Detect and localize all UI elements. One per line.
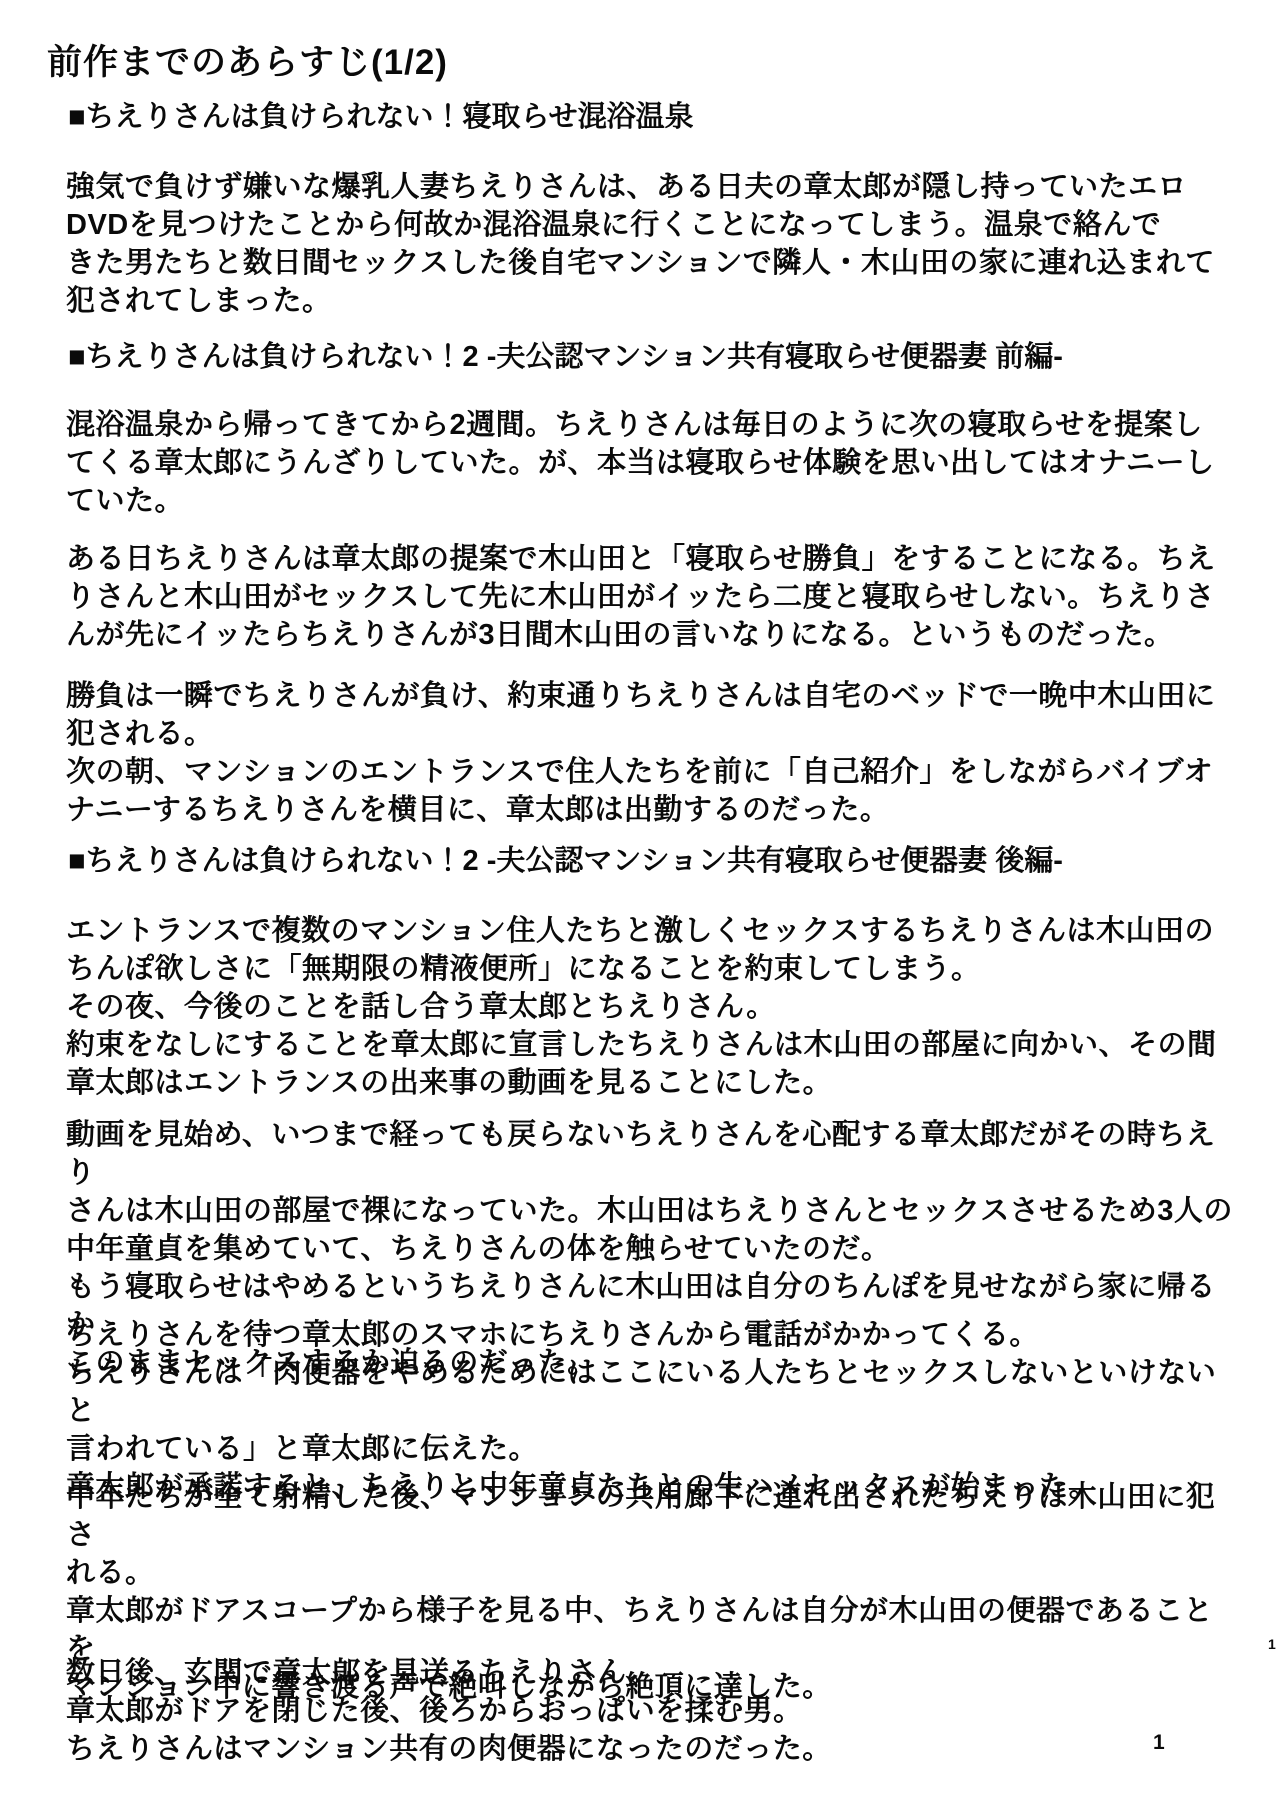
section-1-paragraph-1: 強気で負けず嫌いな爆乳人妻ちえりさんは、ある日夫の章太郎が隠し持っていたエロ D… [66, 168, 1240, 320]
section-3-paragraph-1: エントランスで複数のマンション住人たちと激しくセックスするちえりさんは木山田の … [66, 912, 1240, 1102]
page-number: 1 [1153, 1731, 1165, 1755]
section-2-heading: ■ちえりさんは負けられない！2 -夫公認マンション共有寝取らせ便器妻 前編- [68, 338, 1063, 376]
margin-page-mark: 1 [1268, 1636, 1276, 1652]
section-2-paragraph-2: ある日ちえりさんは章太郎の提案で木山田と「寝取らせ勝負」をすることになる。ちえ … [66, 540, 1240, 654]
section-3-heading: ■ちえりさんは負けられない！2 -夫公認マンション共有寝取らせ便器妻 後編- [68, 842, 1063, 880]
synopsis-page: 前作までのあらすじ(1/2) ■ちえりさんは負けられない！寝取らせ混浴温泉 強気… [0, 0, 1280, 1813]
section-2-paragraph-1: 混浴温泉から帰ってきてから2週間。ちえりさんは毎日のように次の寝取らせを提案し … [66, 406, 1240, 520]
section-2-paragraph-3: 勝負は一瞬でちえりさんが負け、約束通りちえりさんは自宅のベッドで一晩中木山田に … [66, 677, 1240, 829]
section-1-heading: ■ちえりさんは負けられない！寝取らせ混浴温泉 [68, 98, 694, 136]
section-3-paragraph-5: 数日後、玄関で章太郎を見送るちえりさん。 章太郎がドアを閉じた後、後ろからおっぱ… [66, 1654, 1240, 1768]
page-title: 前作までのあらすじ(1/2) [47, 42, 448, 84]
